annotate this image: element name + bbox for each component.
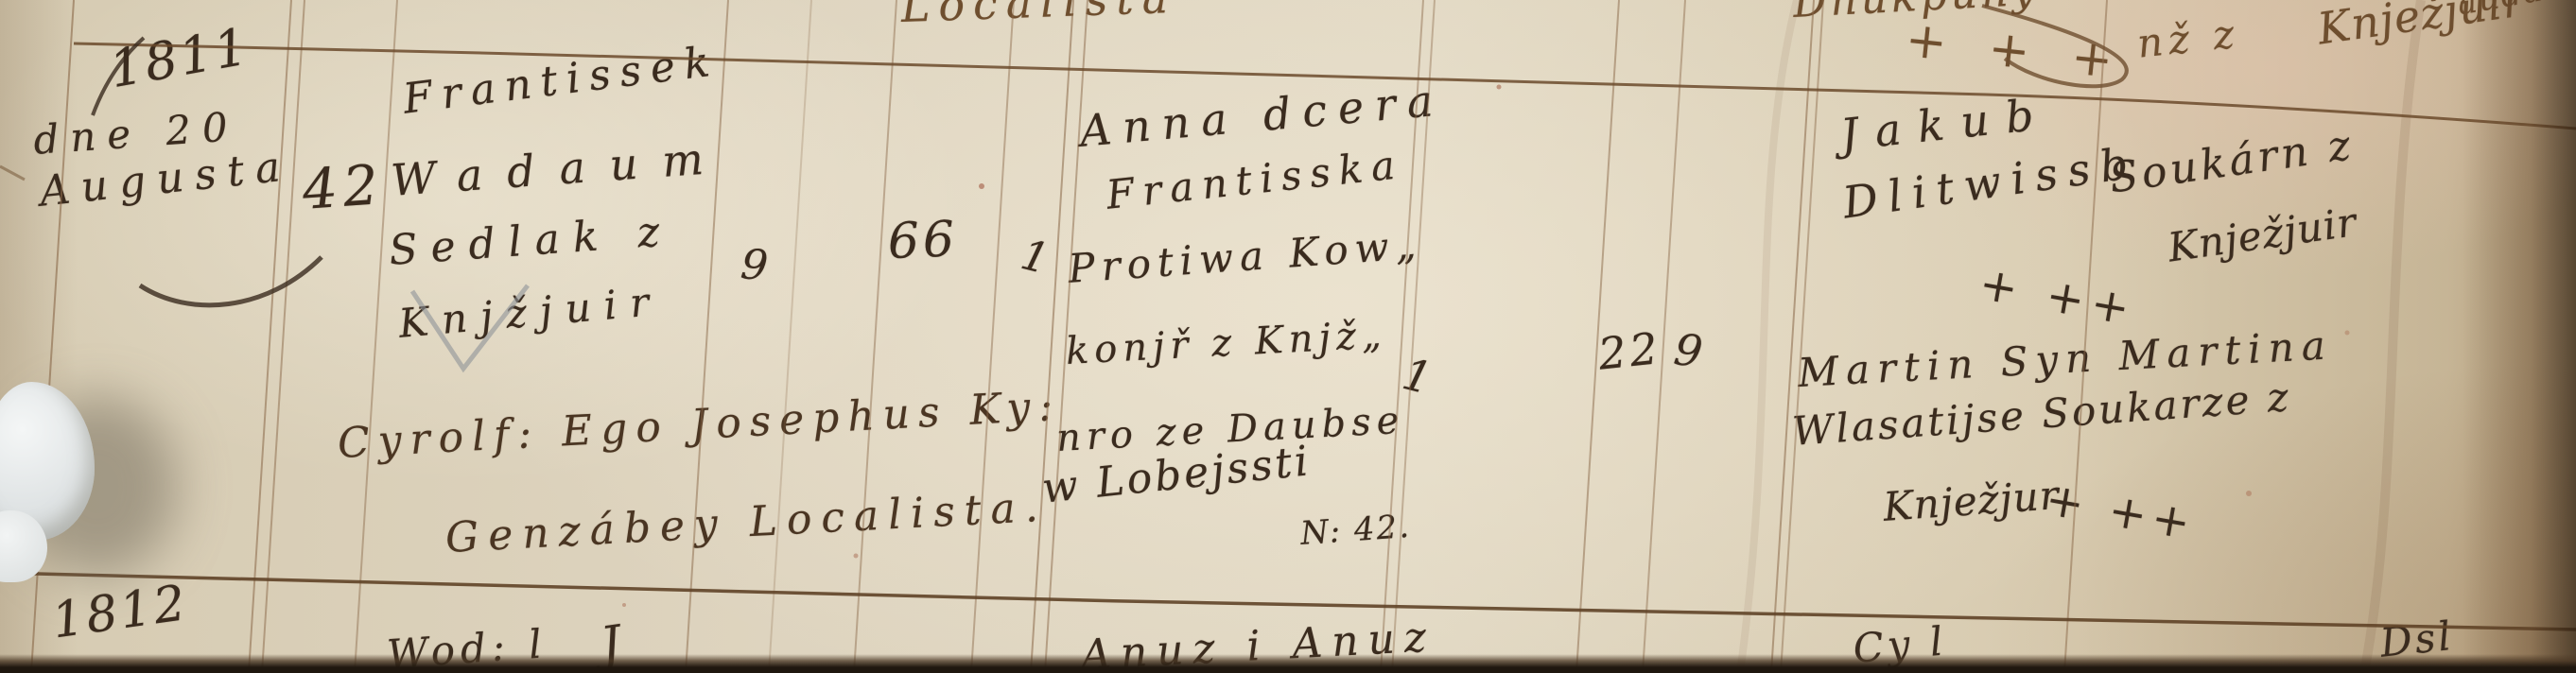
photo-bottom-edge [0, 654, 2576, 673]
pencil-check-mark [412, 285, 528, 369]
ruled-grid [0, 0, 2576, 673]
page-edge-shading [2463, 0, 2576, 673]
parish-register-photo: Localista Dnukpuny + + + nž z auda Knjež… [0, 0, 2576, 673]
